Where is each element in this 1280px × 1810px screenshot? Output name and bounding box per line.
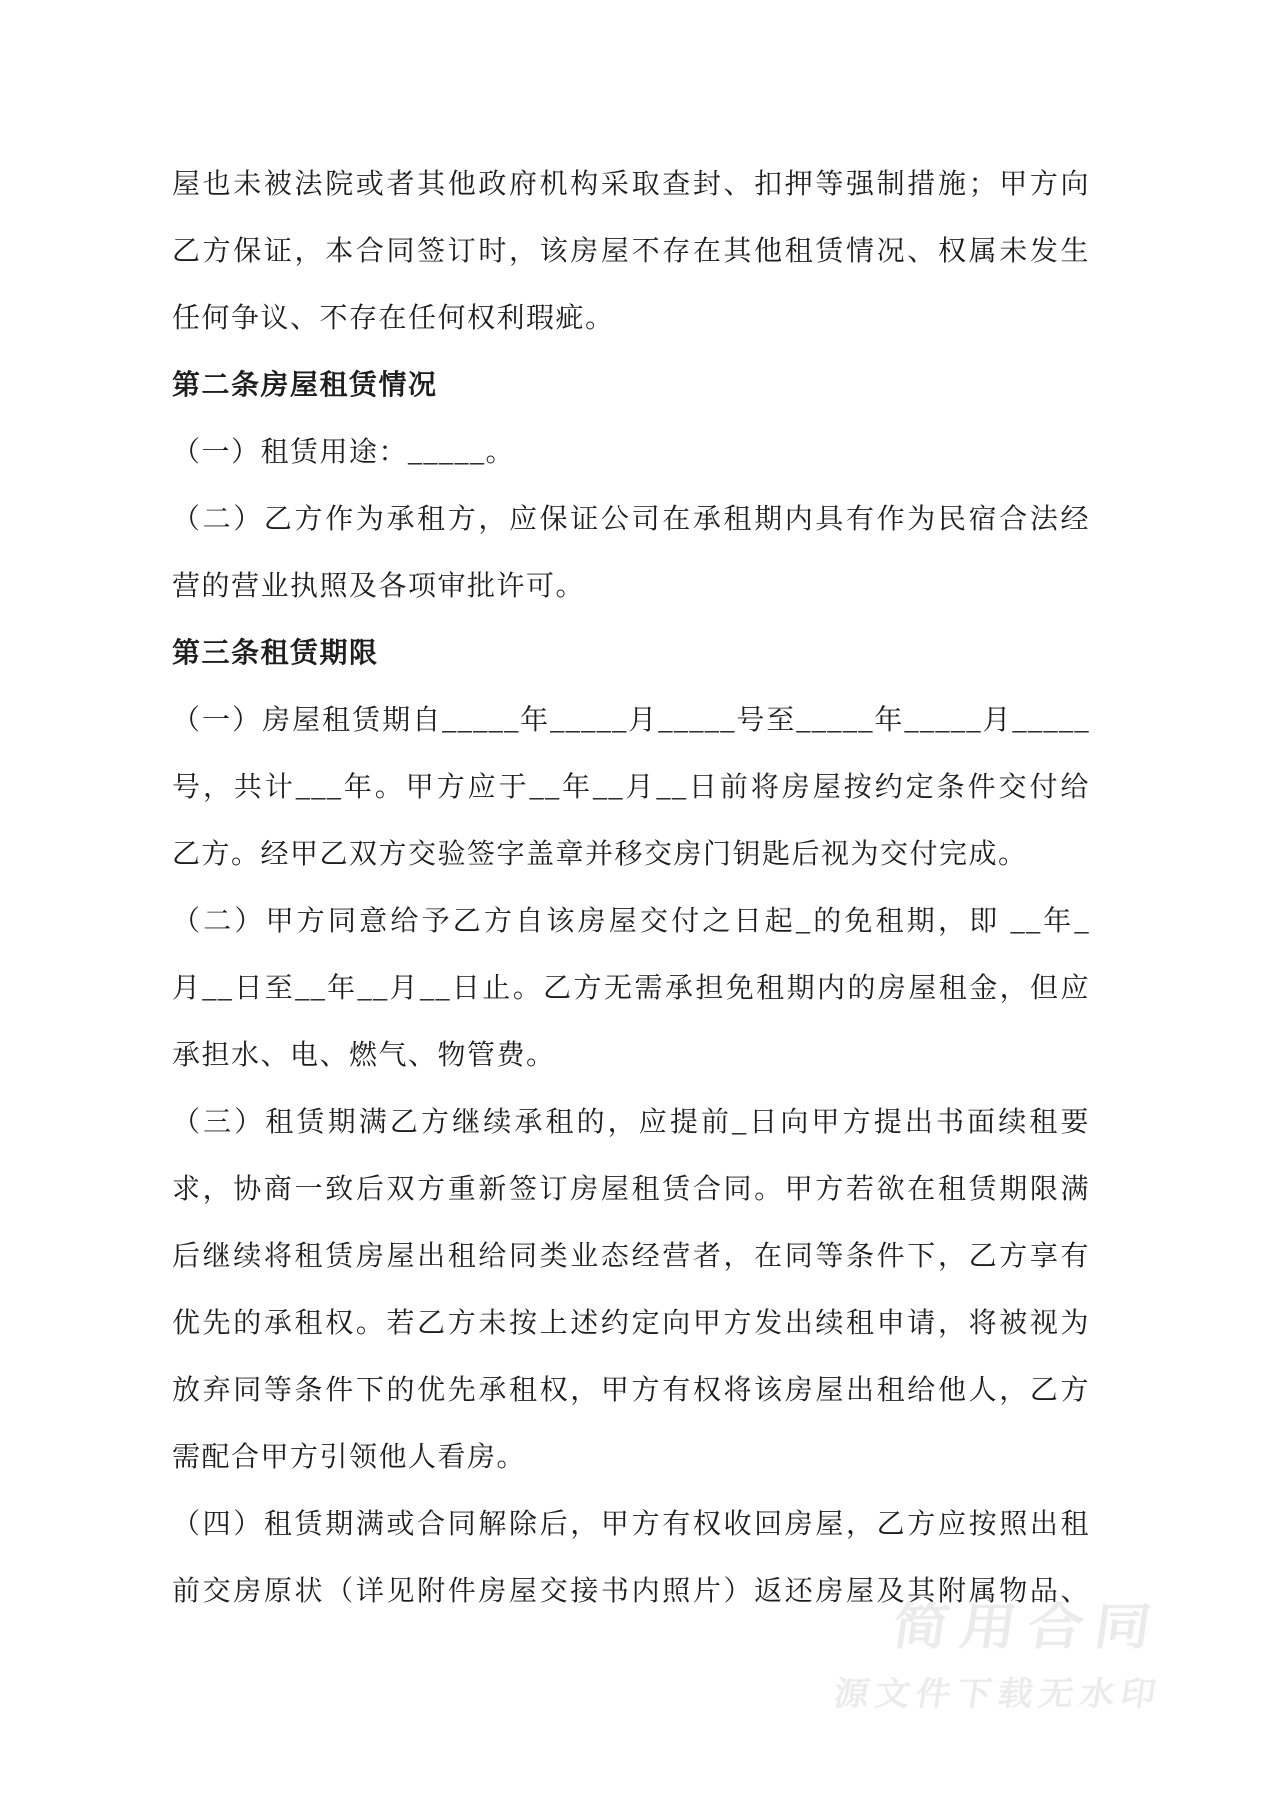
section-heading: 第三条租赁期限 bbox=[172, 620, 1090, 687]
document-line: 营的营业执照及各项审批许可。 bbox=[172, 553, 1090, 620]
document-line: 号，共计___年。甲方应于__年__月__日前将房屋按约定条件交付给 bbox=[172, 754, 1090, 821]
watermark-subtitle: 源文件下载无水印 bbox=[832, 1677, 1164, 1710]
document-line: 优先的承租权。若乙方未按上述约定向甲方发出续租申请，将被视为 bbox=[172, 1290, 1090, 1357]
document-line: 乙方。经甲乙双方交验签字盖章并移交房门钥匙后视为交付完成。 bbox=[172, 821, 1090, 888]
section-heading: 第二条房屋租赁情况 bbox=[172, 352, 1090, 419]
document-page: 屋也未被法院或者其他政府机构采取查封、扣押等强制措施；甲方向乙方保证，本合同签订… bbox=[0, 0, 1280, 1810]
document-line: 屋也未被法院或者其他政府机构采取查封、扣押等强制措施；甲方向 bbox=[172, 151, 1090, 218]
document-line: （二）甲方同意给予乙方自该房屋交付之日起_的免租期，即 __年_ bbox=[172, 888, 1090, 955]
document-line: 前交房原状（详见附件房屋交接书内照片）返还房屋及其附属物品、 bbox=[172, 1558, 1090, 1625]
document-line: （三）租赁期满乙方继续承租的，应提前_日向甲方提出书面续租要 bbox=[172, 1089, 1090, 1156]
document-line: 需配合甲方引领他人看房。 bbox=[172, 1424, 1090, 1491]
document-line: 任何争议、不存在任何权利瑕疵。 bbox=[172, 285, 1090, 352]
document-line: （四）租赁期满或合同解除后，甲方有权收回房屋，乙方应按照出租 bbox=[172, 1491, 1090, 1558]
document-line: （一）租赁用途：_____。 bbox=[172, 419, 1090, 486]
contract-text-block: 屋也未被法院或者其他政府机构采取查封、扣押等强制措施；甲方向乙方保证，本合同签订… bbox=[172, 151, 1090, 1625]
document-line: 后继续将租赁房屋出租给同类业态经营者，在同等条件下，乙方享有 bbox=[172, 1223, 1090, 1290]
document-line: 乙方保证，本合同签订时，该房屋不存在其他租赁情况、权属未发生 bbox=[172, 218, 1090, 285]
document-line: 承担水、电、燃气、物管费。 bbox=[172, 1022, 1090, 1089]
document-line: （二）乙方作为承租方，应保证公司在承租期内具有作为民宿合法经 bbox=[172, 486, 1090, 553]
document-line: 求，协商一致后双方重新签订房屋租赁合同。甲方若欲在租赁期限满 bbox=[172, 1156, 1090, 1223]
document-line: 放弃同等条件下的优先承租权，甲方有权将该房屋出租给他人，乙方 bbox=[172, 1357, 1090, 1424]
document-line: 月__日至__年__月__日止。乙方无需承担免租期内的房屋租金，但应 bbox=[172, 955, 1090, 1022]
document-line: （一）房屋租赁期自_____年_____月_____号至_____年_____月… bbox=[172, 687, 1090, 754]
